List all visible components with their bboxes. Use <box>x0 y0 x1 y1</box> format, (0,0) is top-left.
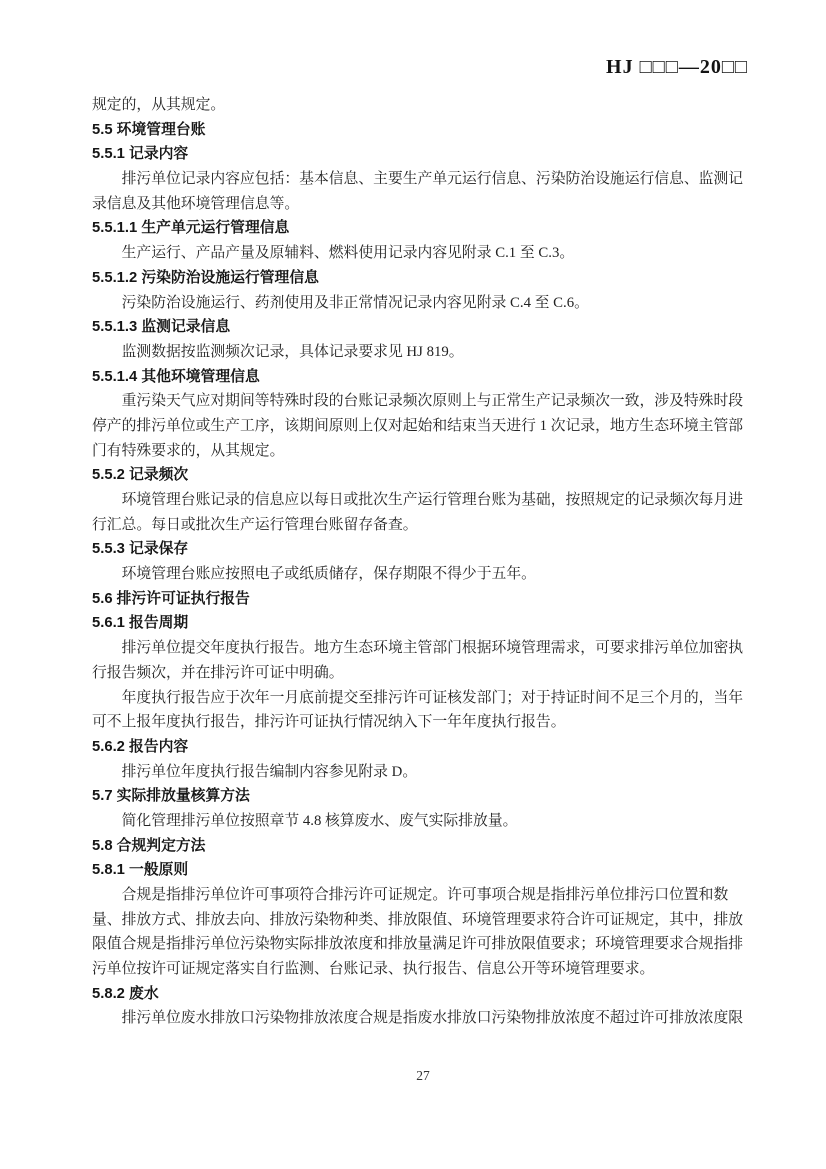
paragraph-line: 监测数据按监测频次记录，具体记录要求见 HJ 819。 <box>92 340 754 365</box>
paragraph-line: 排污单位提交年度执行报告。地方生态环境主管部门根据环境管理需求，可要求排污单位加… <box>92 636 754 661</box>
paragraph-line: 环境管理台账应按照电子或纸质储存，保存期限不得少于五年。 <box>92 562 754 587</box>
heading-text: 5.5.1.3 监测记录信息 <box>92 315 754 340</box>
paragraph: 重污染天气应对期间等特殊时段的台账记录频次原则上与正常生产记录频次一致，涉及特殊… <box>92 389 754 463</box>
paragraph-line: 停产的排污单位或生产工序，该期间原则上仅对起始和结束当天进行 1 次记录，地方生… <box>92 414 754 439</box>
heading-text: 5.8.2 废水 <box>92 982 754 1007</box>
paragraph-line: 可不上报年度执行报告，排污许可证执行情况纳入下一年年度执行报告。 <box>92 710 754 735</box>
section-heading: 5.8 合规判定方法 <box>92 834 754 859</box>
paragraph: 年度执行报告应于次年一月底前提交至排污许可证核发部门；对于持证时间不足三个月的，… <box>92 686 754 735</box>
section-heading: 5.5.2 记录频次 <box>92 463 754 488</box>
paragraph-line: 环境管理台账记录的信息应以每日或批次生产运行管理台账为基础，按照规定的记录频次每… <box>92 488 754 513</box>
heading-text: 5.8 合规判定方法 <box>92 834 754 859</box>
paragraph-line: 重污染天气应对期间等特殊时段的台账记录频次原则上与正常生产记录频次一致，涉及特殊… <box>92 389 754 414</box>
section-heading: 5.6.2 报告内容 <box>92 735 754 760</box>
heading-text: 5.5.2 记录频次 <box>92 463 754 488</box>
paragraph-line: 录信息及其他环境管理信息等。 <box>92 192 754 217</box>
section-heading: 5.5.1.4 其他环境管理信息 <box>92 365 754 390</box>
section-heading: 5.5.1.1 生产单元运行管理信息 <box>92 216 754 241</box>
standard-code: HJ □□□—20□□ <box>606 56 748 78</box>
page-footer: 27 <box>92 1068 754 1084</box>
heading-text: 5.5 环境管理台账 <box>92 118 754 143</box>
heading-text: 5.5.3 记录保存 <box>92 537 754 562</box>
heading-text: 5.5.1 记录内容 <box>92 142 754 167</box>
paragraph: 合规是指排污单位许可事项符合排污许可证规定。许可事项合规是指排污单位排污口位置和… <box>92 883 754 982</box>
section-heading: 5.6 排污许可证执行报告 <box>92 587 754 612</box>
paragraph-line: 排污单位记录内容应包括：基本信息、主要生产单元运行信息、污染防治设施运行信息、监… <box>92 167 754 192</box>
paragraph-line: 行汇总。每日或批次生产运行管理台账留存备查。 <box>92 513 754 538</box>
paragraph: 规定的，从其规定。 <box>92 93 754 118</box>
page-number: 27 <box>416 1068 430 1083</box>
paragraph: 环境管理台账应按照电子或纸质储存，保存期限不得少于五年。 <box>92 562 754 587</box>
section-heading: 5.5.1.2 污染防治设施运行管理信息 <box>92 266 754 291</box>
paragraph-line: 简化管理排污单位按照章节 4.8 核算废水、废气实际排放量。 <box>92 809 754 834</box>
document-page: HJ □□□—20□□ 规定的，从其规定。5.5 环境管理台账5.5.1 记录内… <box>0 0 826 1169</box>
paragraph-line: 排污单位年度执行报告编制内容参见附录 D。 <box>92 760 754 785</box>
paragraph: 环境管理台账记录的信息应以每日或批次生产运行管理台账为基础，按照规定的记录频次每… <box>92 488 754 537</box>
heading-text: 5.6.1 报告周期 <box>92 611 754 636</box>
page-header: HJ □□□—20□□ <box>92 56 748 79</box>
section-heading: 5.5 环境管理台账 <box>92 118 754 143</box>
heading-text: 5.5.1.4 其他环境管理信息 <box>92 365 754 390</box>
section-heading: 5.5.3 记录保存 <box>92 537 754 562</box>
document-content: 规定的，从其规定。5.5 环境管理台账5.5.1 记录内容排污单位记录内容应包括… <box>92 93 754 1031</box>
paragraph: 污染防治设施运行、药剂使用及非正常情况记录内容见附录 C.4 至 C.6。 <box>92 291 754 316</box>
paragraph: 生产运行、产品产量及原辅料、燃料使用记录内容见附录 C.1 至 C.3。 <box>92 241 754 266</box>
paragraph-line: 行报告频次，并在排污许可证中明确。 <box>92 661 754 686</box>
paragraph: 监测数据按监测频次记录，具体记录要求见 HJ 819。 <box>92 340 754 365</box>
paragraph: 排污单位废水排放口污染物排放浓度合规是指废水排放口污染物排放浓度不超过许可排放浓… <box>92 1006 754 1031</box>
heading-text: 5.8.1 一般原则 <box>92 858 754 883</box>
heading-text: 5.6 排污许可证执行报告 <box>92 587 754 612</box>
paragraph-line: 排污单位废水排放口污染物排放浓度合规是指废水排放口污染物排放浓度不超过许可排放浓… <box>92 1006 754 1031</box>
paragraph-line: 污染防治设施运行、药剂使用及非正常情况记录内容见附录 C.4 至 C.6。 <box>92 291 754 316</box>
section-heading: 5.8.1 一般原则 <box>92 858 754 883</box>
heading-text: 5.6.2 报告内容 <box>92 735 754 760</box>
paragraph-line: 污单位按许可证规定落实自行监测、台账记录、执行报告、信息公开等环境管理要求。 <box>92 957 754 982</box>
section-heading: 5.8.2 废水 <box>92 982 754 1007</box>
section-heading: 5.5.1 记录内容 <box>92 142 754 167</box>
section-heading: 5.7 实际排放量核算方法 <box>92 784 754 809</box>
paragraph-line: 门有特殊要求的，从其规定。 <box>92 439 754 464</box>
paragraph-line: 年度执行报告应于次年一月底前提交至排污许可证核发部门；对于持证时间不足三个月的，… <box>92 686 754 711</box>
paragraph: 排污单位年度执行报告编制内容参见附录 D。 <box>92 760 754 785</box>
paragraph-line: 合规是指排污单位许可事项符合排污许可证规定。许可事项合规是指排污单位排污口位置和… <box>92 883 754 908</box>
heading-text: 5.5.1.1 生产单元运行管理信息 <box>92 216 754 241</box>
heading-text: 5.7 实际排放量核算方法 <box>92 784 754 809</box>
paragraph-line: 量、排放方式、排放去向、排放污染物种类、排放限值、环境管理要求符合许可证规定，其… <box>92 908 754 933</box>
paragraph: 排污单位记录内容应包括：基本信息、主要生产单元运行信息、污染防治设施运行信息、监… <box>92 167 754 216</box>
paragraph-line: 规定的，从其规定。 <box>92 93 754 118</box>
paragraph-line: 限值合规是指排污单位污染物实际排放浓度和排放量满足许可排放限值要求；环境管理要求… <box>92 932 754 957</box>
heading-text: 5.5.1.2 污染防治设施运行管理信息 <box>92 266 754 291</box>
paragraph: 排污单位提交年度执行报告。地方生态环境主管部门根据环境管理需求，可要求排污单位加… <box>92 636 754 685</box>
section-heading: 5.5.1.3 监测记录信息 <box>92 315 754 340</box>
paragraph: 简化管理排污单位按照章节 4.8 核算废水、废气实际排放量。 <box>92 809 754 834</box>
paragraph-line: 生产运行、产品产量及原辅料、燃料使用记录内容见附录 C.1 至 C.3。 <box>92 241 754 266</box>
section-heading: 5.6.1 报告周期 <box>92 611 754 636</box>
